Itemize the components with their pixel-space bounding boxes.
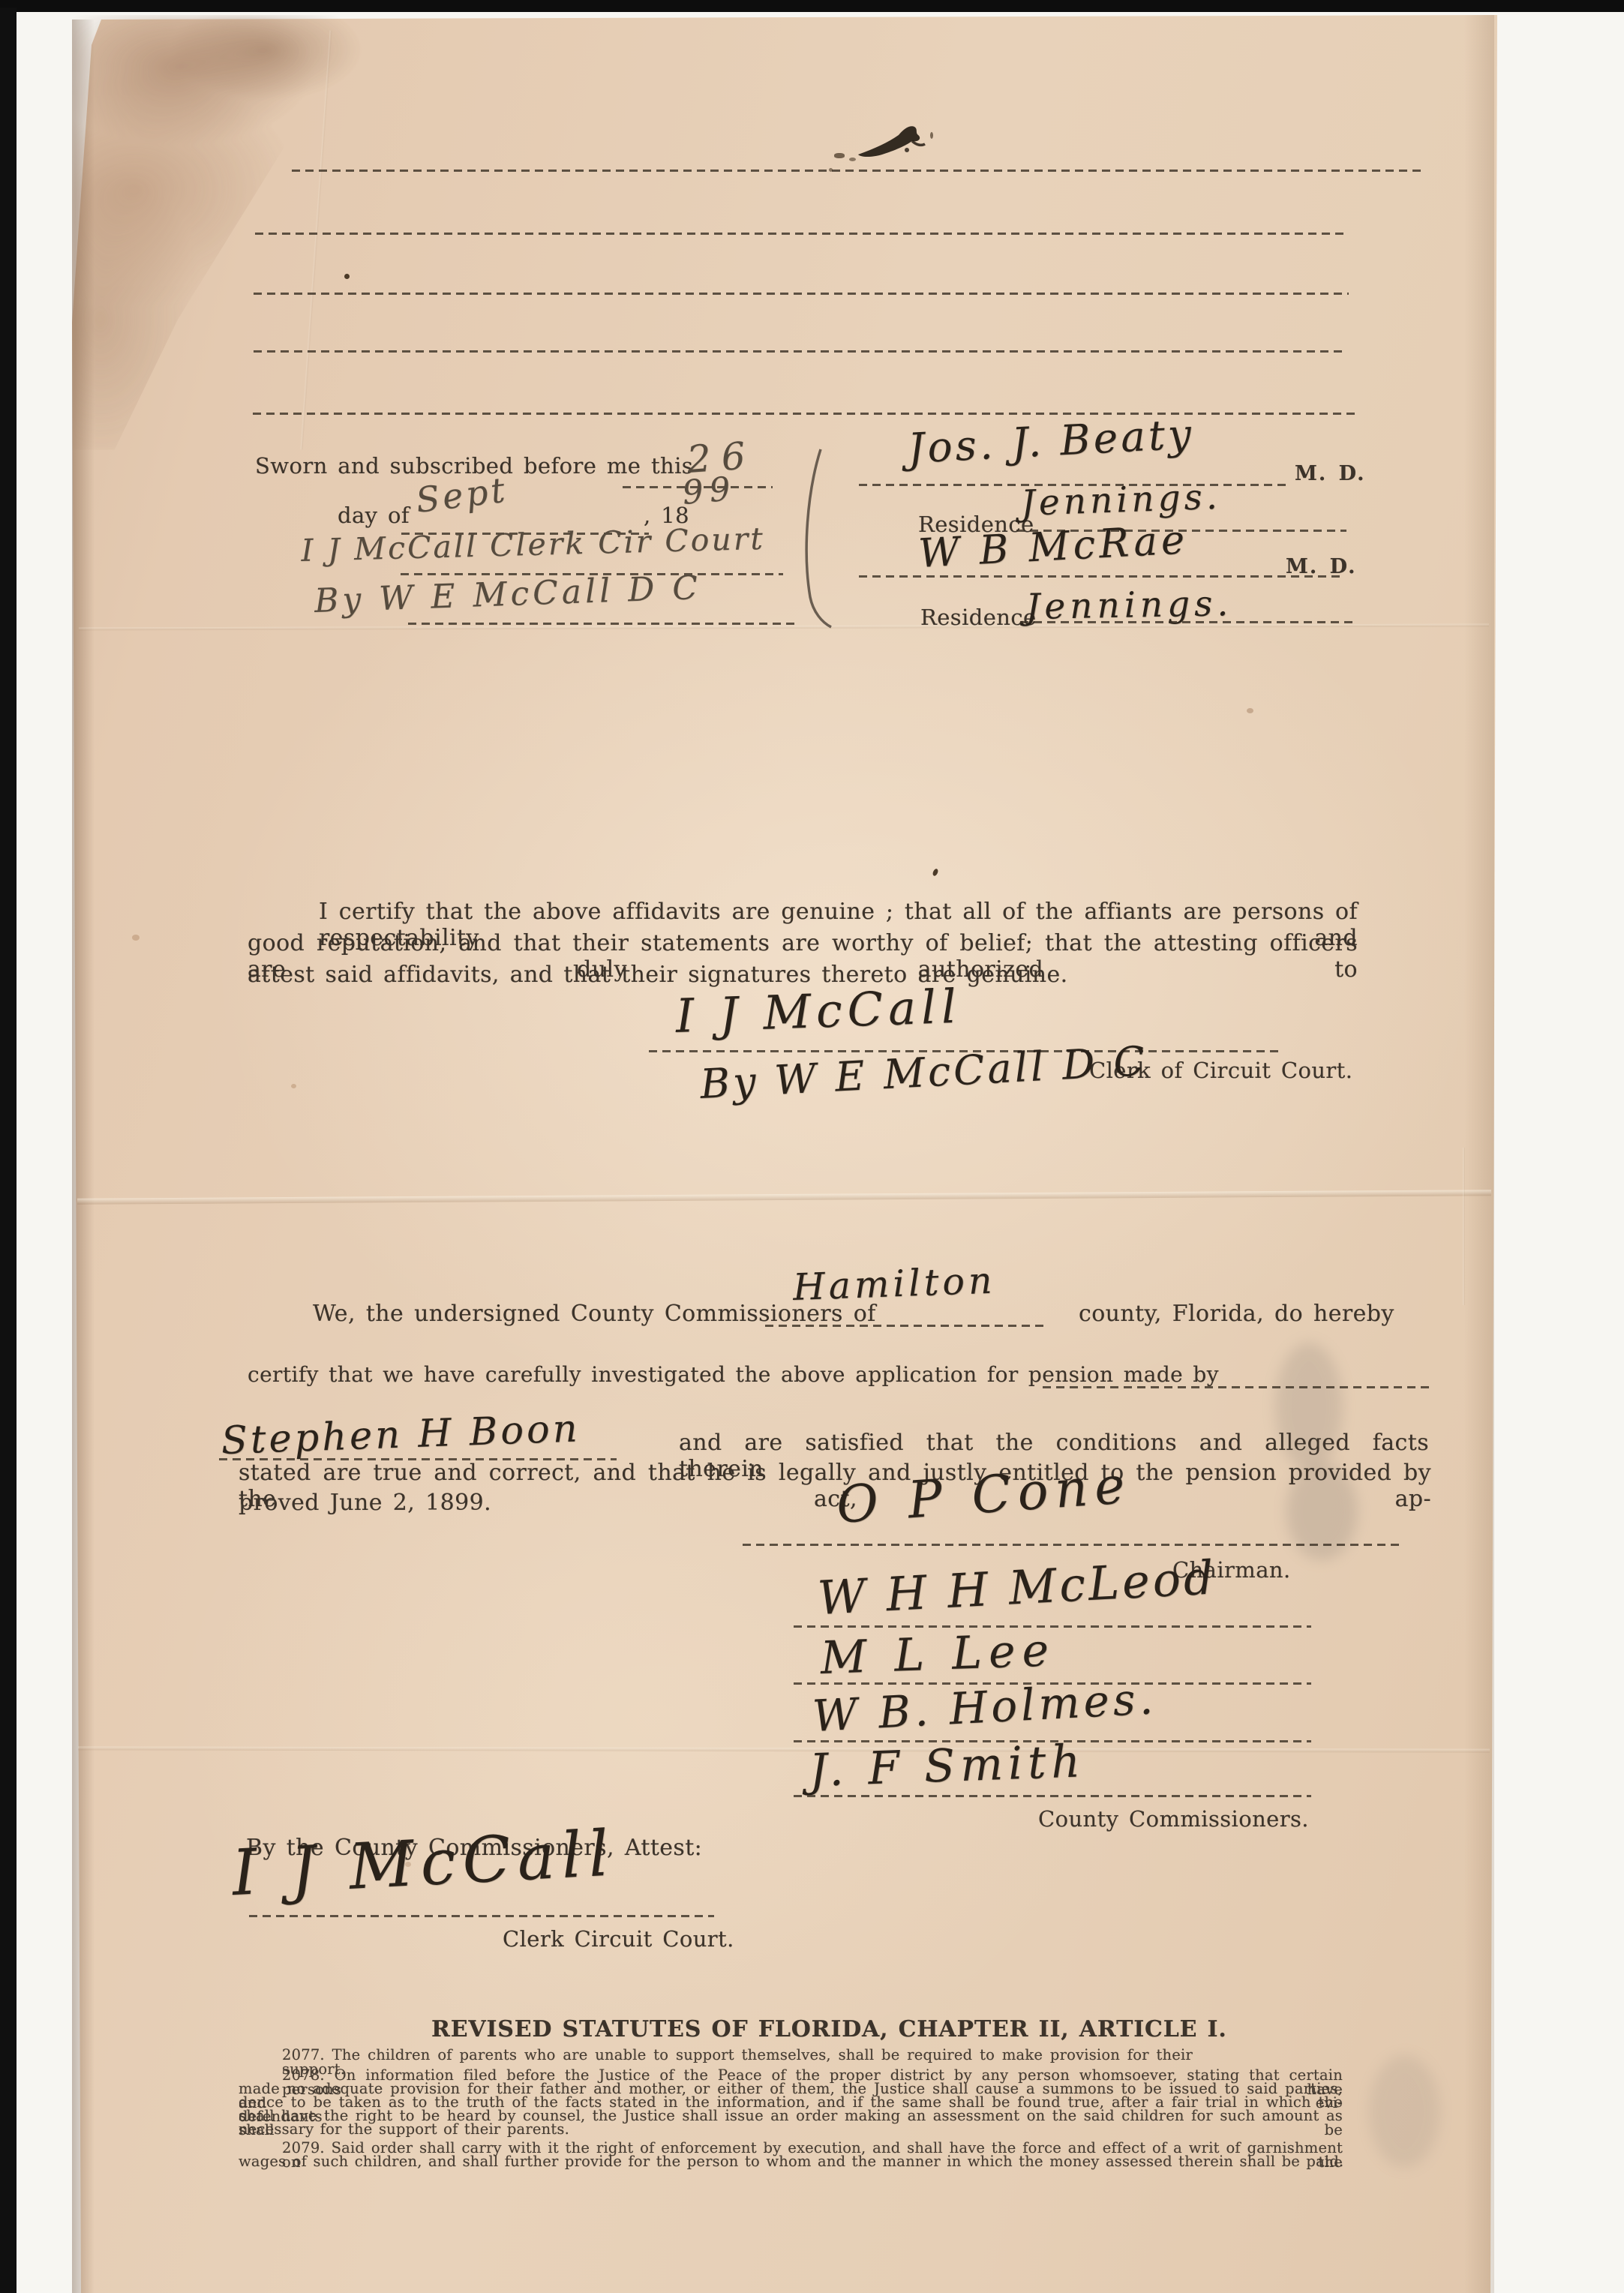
document-scan: Sworn and subscribed before me this 26 d… [0,0,1624,2293]
age-spot [132,935,140,941]
commissioners-group-label: County Commissioners. [1038,1806,1309,1832]
commissioner-blank [794,1795,1311,1797]
statute-2079-line: wages of such children, and shall furthe… [239,2154,1343,2168]
blank-line [292,170,1425,172]
residence1-handwriting: Jennings. [1020,476,1221,524]
commissioners-body3: proved June 2, 1899. [239,1490,491,1516]
ink-speck [344,274,350,279]
clerk-signature: I J McCall [674,979,962,1043]
blank-line [254,293,1349,295]
ink-speck [849,158,856,161]
county-blank [765,1325,1044,1327]
attest-blank [249,1915,714,1917]
smudge [1369,2055,1440,2168]
vertical-crease [1463,1148,1465,1305]
curly-brace [782,447,834,631]
physician1-md-label: M. D. [1295,462,1366,485]
scanner-top-bar [0,0,1624,12]
chairman-blank [743,1544,1403,1546]
paper-sheet [0,0,1624,2293]
paper-left-edge-shadow [72,20,95,2293]
scanner-left-bar [0,8,17,2293]
applicant-blank-tail [1043,1386,1429,1388]
signature-blank [408,623,794,625]
age-spot [1247,708,1253,713]
day-of-label: day of [338,503,410,528]
blank-line [255,233,1346,235]
statutes-heading: REVISED STATUTES OF FLORIDA, CHAPTER II,… [431,2016,1151,2042]
commissioner-signature: M L Lee [820,1624,1057,1685]
attest-title: Clerk Circuit Court. [503,1926,734,1952]
paper-right-edge-shadow [1464,15,1494,2293]
commissioners-intro-suffix: county, Florida, do hereby [1079,1301,1394,1327]
age-spot [291,1084,296,1088]
residence2-label: Residence [920,605,1037,630]
residence2-blank [1020,621,1356,623]
county-handwriting: Hamilton [792,1259,996,1309]
statute-2078-line: necessary for the support of their paren… [239,2122,569,2136]
commissioners-line2: certify that we have carefully investiga… [248,1362,1219,1387]
year-handwriting: 99 [681,470,738,512]
blank-line [254,350,1345,353]
commissioners-intro-prefix: We, the undersigned County Commissioners… [313,1301,876,1327]
ink-speck [930,132,933,139]
physician2-blank [859,575,1345,578]
ink-blot [854,122,944,168]
ink-speck [834,153,845,158]
commissioner-signature: J. F Smith [809,1735,1086,1797]
